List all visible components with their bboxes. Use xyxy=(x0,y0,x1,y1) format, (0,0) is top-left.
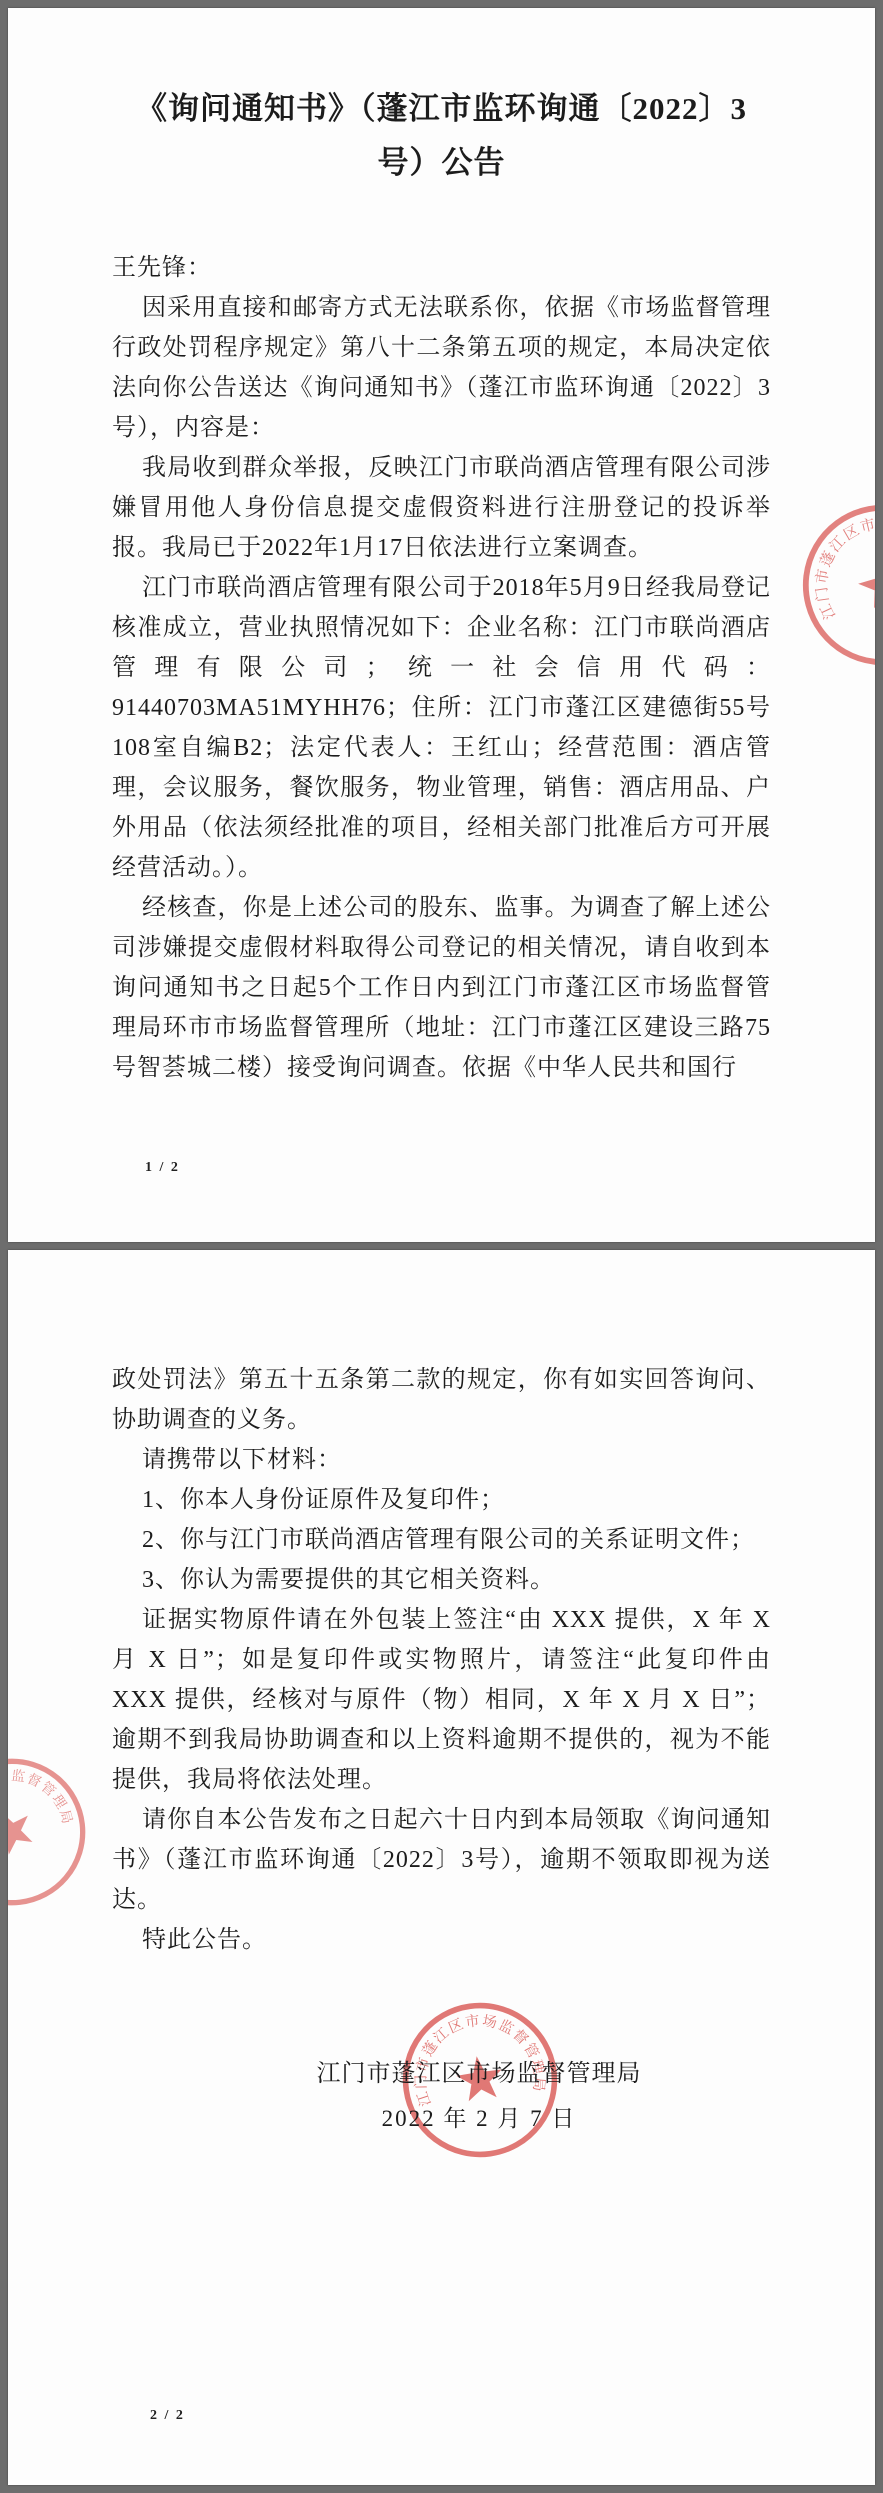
issue-date: 2022 年 2 月 7 日 xyxy=(279,2096,679,2142)
paragraph: 我局收到群众举报，反映江门市联尚酒店管理有限公司涉嫌冒用他人身份信息提交虚假资料… xyxy=(112,448,771,568)
page-1: 《询问通知书》（蓬江市监环询通〔2022〕3号）公告 王先锋： 因采用直接和邮寄… xyxy=(8,8,875,1242)
page-number: 2 / 2 xyxy=(150,2408,185,2424)
paragraph: 请你自本公告发布之日起六十日内到本局领取《询问通知书》（蓬江市监环询通〔2022… xyxy=(112,1800,771,1920)
closing-line: 特此公告。 xyxy=(112,1920,771,1960)
seal-star-icon xyxy=(8,1802,40,1859)
paragraph: 江门市联尚酒店管理有限公司于2018年5月9日经我局登记核准成立，营业执照情况如… xyxy=(112,568,771,888)
list-item: 1、你本人身份证原件及复印件； xyxy=(112,1480,771,1520)
signature-block: 江门市蓬江区市场监督管理局 2022 年 2 月 7 日 xyxy=(279,2052,679,2142)
paragraph: 政处罚法》第五十五条第二款的规定，你有如实回答询问、协助调查的义务。 xyxy=(112,1360,771,1440)
svg-text:江门市蓬江区市场监督管理局: 江门市蓬江区市场监督管理局 xyxy=(797,500,875,626)
page-title: 《询问通知书》（蓬江市监环询通〔2022〕3号）公告 xyxy=(112,82,771,190)
addressee: 王先锋： xyxy=(112,248,771,288)
paragraph: 经核查，你是上述公司的股东、监事。为调查了解上述公司涉嫌提交虚假材料取得公司登记… xyxy=(112,888,771,1088)
page-2: 政处罚法》第五十五条第二款的规定，你有如实回答询问、协助调查的义务。 请携带以下… xyxy=(8,1250,875,2485)
svg-text:江门市蓬江区市场监督管理局: 江门市蓬江区市场监督管理局 xyxy=(8,1746,79,1882)
page-separator xyxy=(8,1242,875,1250)
paragraph: 因采用直接和邮寄方式无法联系你，依据《市场监督管理行政处罚程序规定》第八十二条第… xyxy=(112,288,771,448)
official-seal-icon: 江门市蓬江区市场监督管理局 xyxy=(781,483,875,686)
document-viewer: 《询问通知书》（蓬江市监环询通〔2022〕3号）公告 王先锋： 因采用直接和邮寄… xyxy=(0,0,883,2493)
official-seal-icon: 江门市蓬江区市场监督管理局 xyxy=(8,1729,115,1935)
issuing-authority: 江门市蓬江区市场监督管理局 xyxy=(279,2052,679,2096)
list-item: 2、你与江门市联尚酒店管理有限公司的关系证明文件； xyxy=(112,1520,771,1560)
seal-star-icon xyxy=(854,555,875,611)
paragraph: 请携带以下材料： xyxy=(112,1440,771,1480)
page-number: 1 / 2 xyxy=(145,1160,180,1176)
list-item: 3、你认为需要提供的其它相关资料。 xyxy=(112,1560,771,1600)
paragraph: 证据实物原件请在外包装上签注“由 XXX 提供，X 年 X 月 X 日”；如是复… xyxy=(112,1600,771,1800)
